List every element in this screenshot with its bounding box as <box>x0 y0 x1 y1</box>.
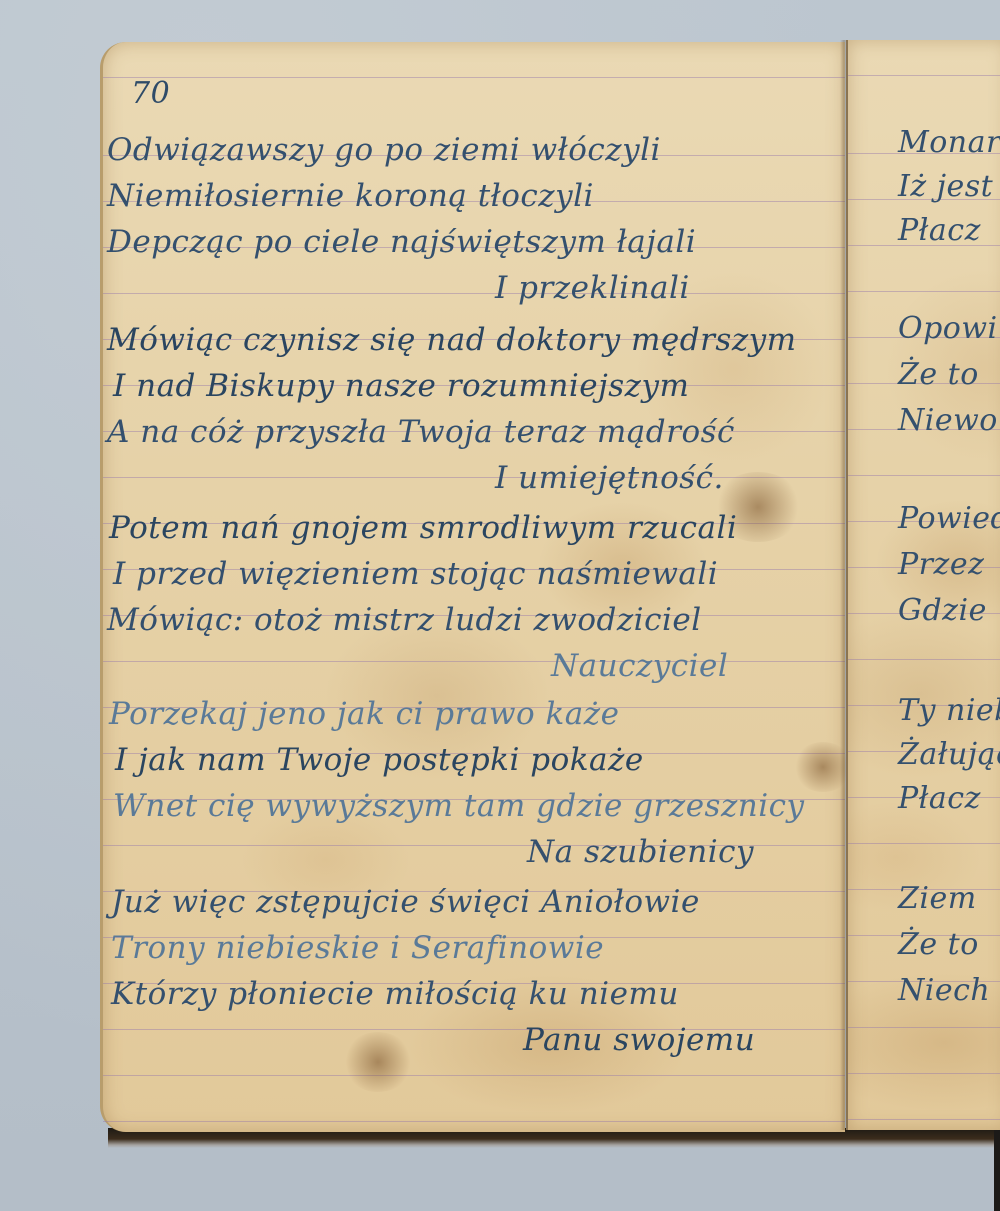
verse-line-fragment: Niewo <box>898 402 998 440</box>
verse-line-fragment: Ziem <box>898 880 977 918</box>
verse-line: I nad Biskupy nasze rozumniejszym <box>113 366 689 406</box>
verse-line: I przed więzieniem stojąc naśmiewali <box>113 554 718 594</box>
verse-line-fragment: Powied <box>898 500 1000 538</box>
verse-line-fragment: Opowi <box>898 310 998 348</box>
verse-line: Porzekaj jeno jak ci prawo każe <box>109 694 619 734</box>
verse-line: Mówiąc czynisz się nad doktory mędrszym <box>107 320 797 360</box>
left-notebook-page: 70 Odwiązawszy go po ziemi włóczyli Niem… <box>100 42 845 1132</box>
verse-line-fragment: Że to <box>898 926 979 964</box>
verse-refrain: Panu swojemu <box>523 1020 755 1060</box>
right-notebook-page: Monar Iż jest Płacz Opowi Że to Niewo Po… <box>846 40 1000 1130</box>
verse-refrain: I umiejętność. <box>495 458 724 498</box>
verse-refrain: Na szubienicy <box>527 832 754 872</box>
verse-line: Potem nań gnojem smrodliwym rzucali <box>109 508 737 548</box>
verse-line-fragment: Żałując <box>898 736 1000 774</box>
verse-line: Trony niebieskie i Serafinowie <box>111 928 604 968</box>
verse-line-fragment: Monar <box>898 124 1000 162</box>
verse-line-fragment: Iż jest <box>898 168 993 206</box>
verse-line-fragment: Płacz <box>898 212 981 250</box>
page-number: 70 <box>131 76 170 111</box>
verse-line: Którzy płoniecie miłością ku niemu <box>111 974 679 1014</box>
verse-line: Depcząc po ciele najświętszym łajali <box>107 222 696 262</box>
verse-line: Wnet cię wywyższym tam gdzie grzesznicy <box>113 786 805 826</box>
water-stain <box>343 1032 413 1092</box>
verse-line-fragment: Ty nieb <box>898 692 1000 730</box>
verse-line-fragment: Płacz <box>898 780 981 818</box>
verse-line: Już więc zstępujcie święci Aniołowie <box>111 882 700 922</box>
verse-line: I jak nam Twoje postępki pokaże <box>115 740 644 780</box>
verse-line: A na cóż przyszła Twoja teraz mądrość <box>107 412 735 452</box>
verse-line-fragment: Niech <box>898 972 990 1010</box>
verse-line-fragment: Przez <box>898 546 984 584</box>
verse-line: Mówiąc: otoż mistrz ludzi zwodziciel <box>107 600 702 640</box>
verse-line-fragment: Gdzie <box>898 592 987 630</box>
verse-refrain: Nauczyciel <box>551 646 728 686</box>
verse-line-fragment: Że to <box>898 356 979 394</box>
verse-refrain: I przeklinali <box>495 268 690 308</box>
verse-line: Niemiłosiernie koroną tłoczyli <box>107 176 594 216</box>
verse-line: Odwiązawszy go po ziemi włóczyli <box>107 130 661 170</box>
notebook-edge-shadow <box>994 1128 1000 1211</box>
